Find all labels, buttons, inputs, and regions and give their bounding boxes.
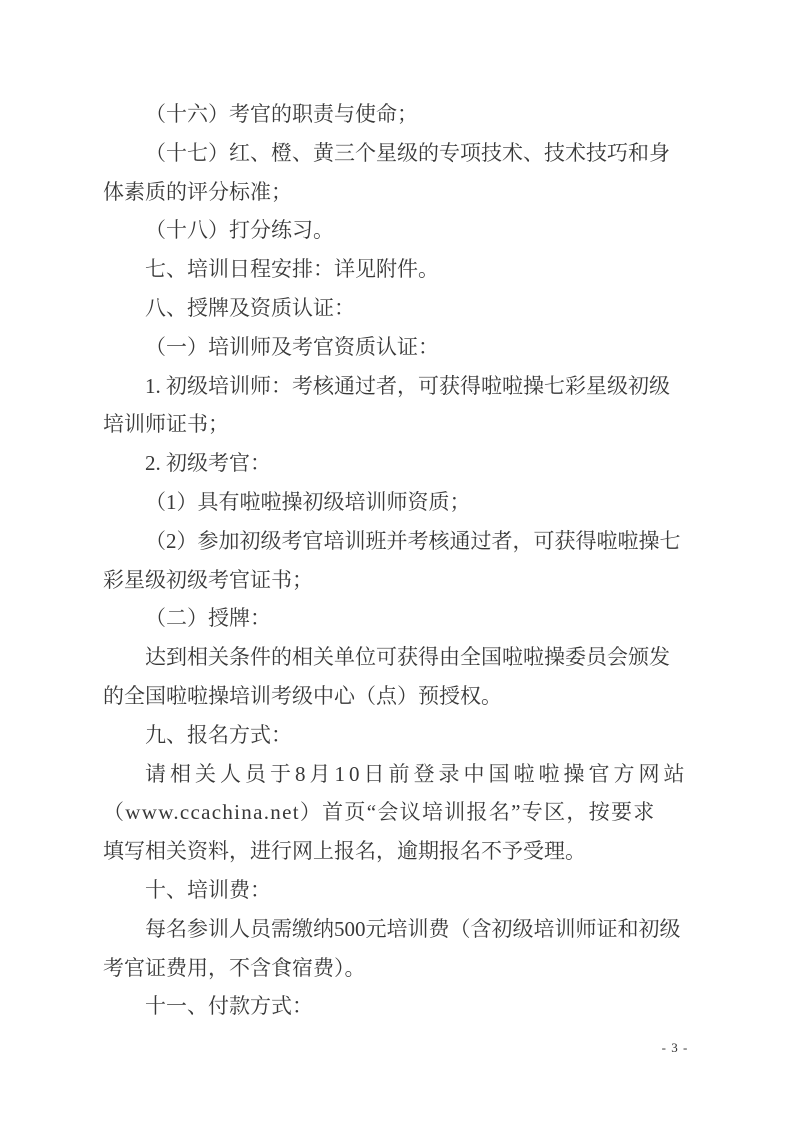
text-line: 九、报名方式： — [103, 716, 695, 755]
text-line: （一）培训师及考官资质认证： — [103, 328, 695, 367]
text-line: 填写相关资料，进行网上报名，逾期报名不予受理。 — [103, 832, 695, 871]
text-line: 培训师证书； — [103, 405, 695, 444]
text-line: （十八）打分练习。 — [103, 211, 695, 250]
text-line: 每名参训人员需缴纳500元培训费（含初级培训师证和初级 — [103, 910, 695, 949]
text-line: 达到相关条件的相关单位可获得由全国啦啦操委员会颁发 — [103, 638, 695, 677]
text-line: 八、授牌及资质认证： — [103, 289, 695, 328]
text-line: 七、培训日程安排：详见附件。 — [103, 250, 695, 289]
document-page: （十六）考官的职责与使命；（十七）红、橙、黄三个星级的专项技术、技术技巧和身体素… — [0, 0, 793, 1122]
text-line: 彩星级初级考官证书； — [103, 561, 695, 600]
text-line: 2. 初级考官： — [103, 444, 695, 483]
text-line: 考官证费用，不含食宿费）。 — [103, 949, 695, 988]
text-line: （2）参加初级考官培训班并考核通过者，可获得啦啦操七 — [103, 522, 695, 561]
text-line: （二）授牌： — [103, 599, 695, 638]
text-line: 1. 初级培训师：考核通过者，可获得啦啦操七彩星级初级 — [103, 367, 695, 406]
document-body: （十六）考官的职责与使命；（十七）红、橙、黄三个星级的专项技术、技术技巧和身体素… — [103, 95, 695, 1026]
text-line: （十六）考官的职责与使命； — [103, 95, 695, 134]
page-number: - 3 - — [650, 1040, 700, 1056]
text-line: （1）具有啦啦操初级培训师资质； — [103, 483, 695, 522]
text-line: （十七）红、橙、黄三个星级的专项技术、技术技巧和身 — [103, 134, 695, 173]
text-line: 体素质的评分标准； — [103, 173, 695, 212]
text-line: 十、培训费： — [103, 871, 695, 910]
text-line: 的全国啦啦操培训考级中心（点）预授权。 — [103, 677, 695, 716]
text-line: （www.ccachina.net）首页“会议培训报名”专区，按要求 — [103, 793, 695, 832]
text-line: 十一、付款方式： — [103, 987, 695, 1026]
text-line: 请相关人员于8月10日前登录中国啦啦操官方网站 — [103, 755, 695, 794]
